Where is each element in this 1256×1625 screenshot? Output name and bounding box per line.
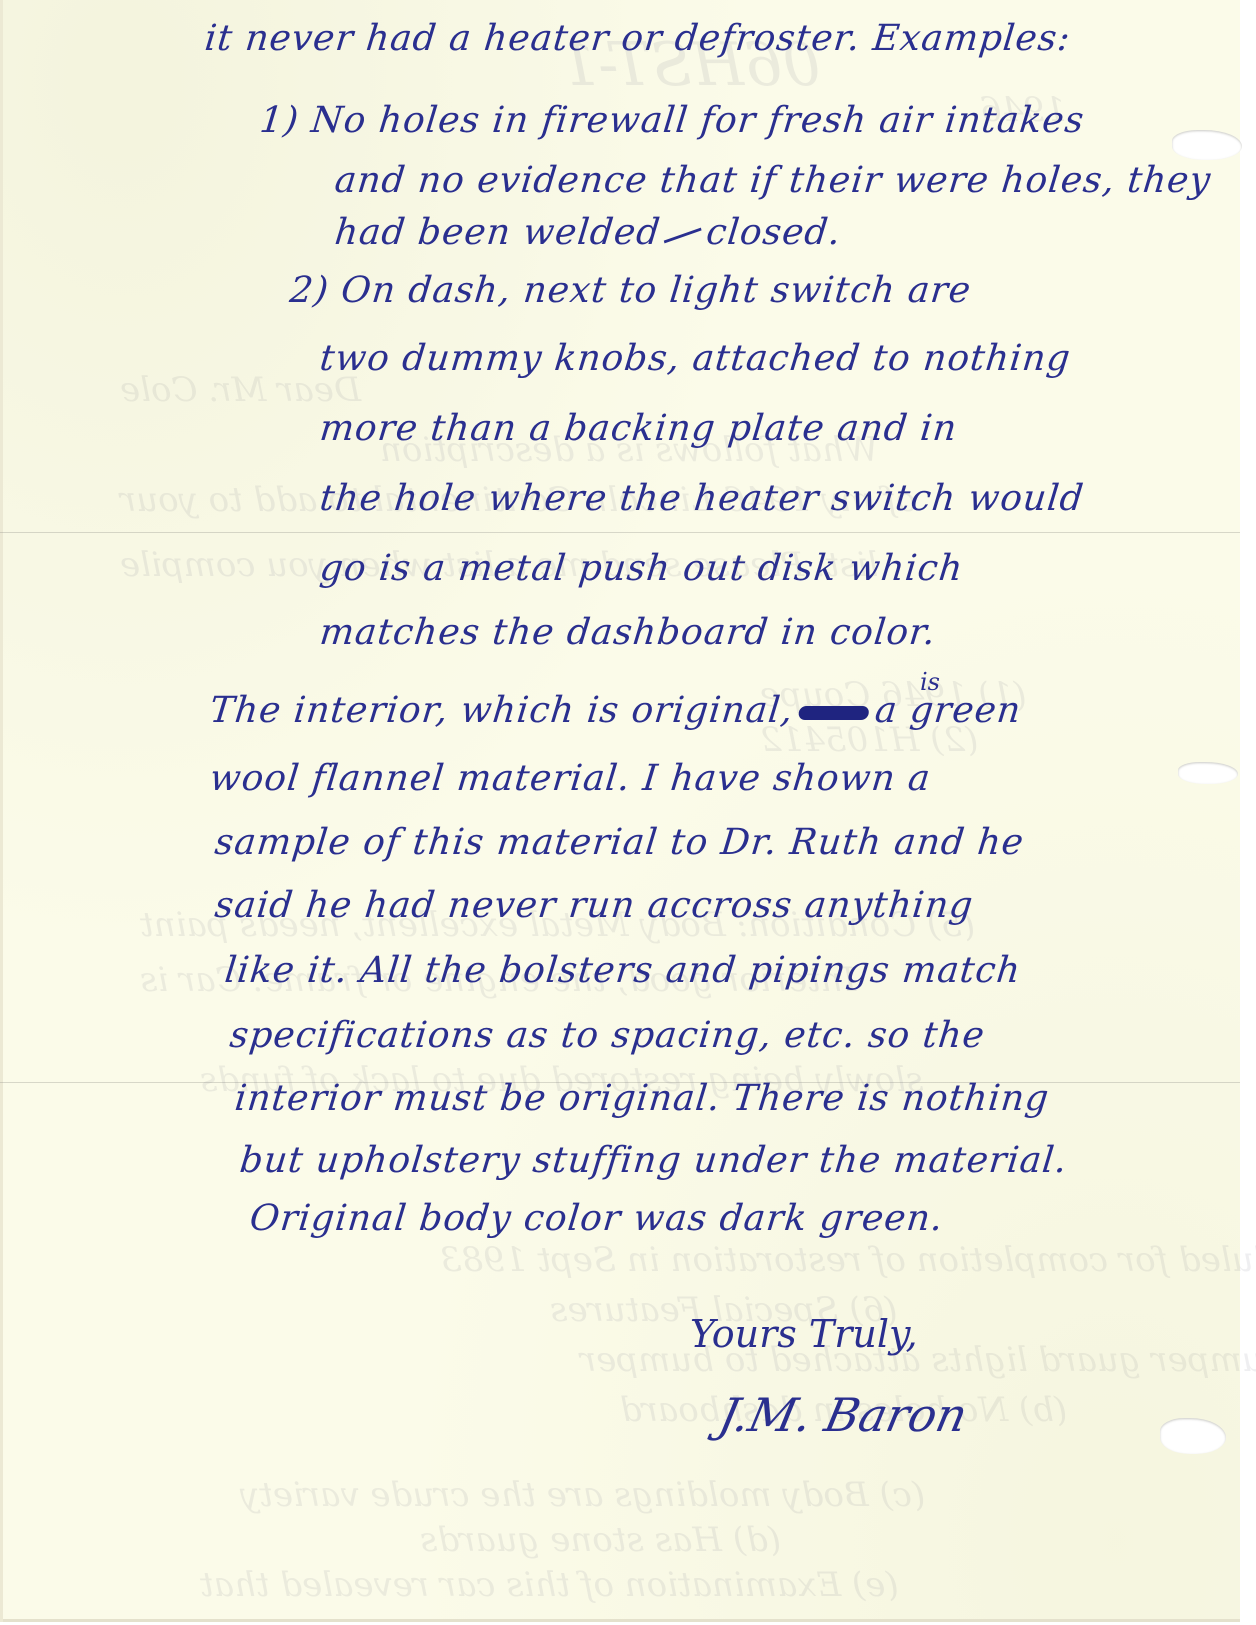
- bleed-through-text: Scheduled for completion of restoration …: [440, 1240, 1256, 1280]
- letter-line: sample of this material to Dr. Ruth and …: [213, 822, 1026, 863]
- struck-out-word: [664, 227, 702, 243]
- letter-line: but upholstery stuffing under the materi…: [238, 1140, 1070, 1181]
- letter-line: like it. All the bolsters and pipings ma…: [223, 950, 1023, 991]
- letter-page: 06HST-1 1946 Dear Mr. Cole What follows …: [0, 0, 1240, 1622]
- bleed-through-text: (d) Has stone guards: [420, 1520, 781, 1560]
- letter-closing: Yours Truly,: [690, 1312, 918, 1356]
- letter-line: go is a metal push out disk which: [318, 548, 965, 589]
- letter-line: matches the dashboard in color.: [318, 612, 938, 653]
- letter-line: interior must be original. There is noth…: [233, 1078, 1051, 1119]
- letter-line-text: had been welded: [333, 212, 663, 253]
- letter-line-text: closed.: [704, 212, 843, 253]
- letter-line: and no evidence that if their were holes…: [333, 160, 1213, 201]
- signature: J.M. Baron: [714, 1388, 972, 1442]
- letter-line: 2) On dash, next to light switch are: [288, 270, 973, 311]
- letter-line: two dummy knobs, attached to nothing: [318, 338, 1073, 379]
- fold-line: [0, 532, 1240, 533]
- letter-line: Original body color was dark green.: [248, 1198, 946, 1239]
- bleed-through-text: (c) Body moldings are the crude variety: [240, 1475, 925, 1515]
- letter-line: more than a backing plate and in: [318, 408, 959, 449]
- letter-line: said he had never run accross anything: [213, 885, 976, 926]
- letter-line: The interior, which is original,a green: [208, 690, 1024, 731]
- bleed-through-text: (e) Examination of this car revealed tha…: [200, 1565, 899, 1605]
- scribbled-out-word: [798, 706, 869, 720]
- letter-line-text: The interior, which is original,: [208, 690, 796, 731]
- torn-edge: [1172, 130, 1242, 160]
- letter-line: specifications as to spacing, etc. so th…: [228, 1015, 987, 1056]
- torn-edge: [1160, 1418, 1226, 1454]
- bleed-through-text: Bumper guard lights attached to bumper: [580, 1340, 1256, 1380]
- letter-line: it never had a heater or defroster. Exam…: [203, 18, 1073, 59]
- letter-line: the hole where the heater switch would: [318, 478, 1086, 519]
- letter-line: wool flannel material. I have shown a: [208, 758, 933, 799]
- letter-line: 1) No holes in firewall for fresh air in…: [258, 100, 1087, 141]
- letter-line-text: a green: [873, 690, 1023, 731]
- torn-edge: [1178, 762, 1238, 784]
- letter-line: had been weldedclosed.: [333, 212, 843, 253]
